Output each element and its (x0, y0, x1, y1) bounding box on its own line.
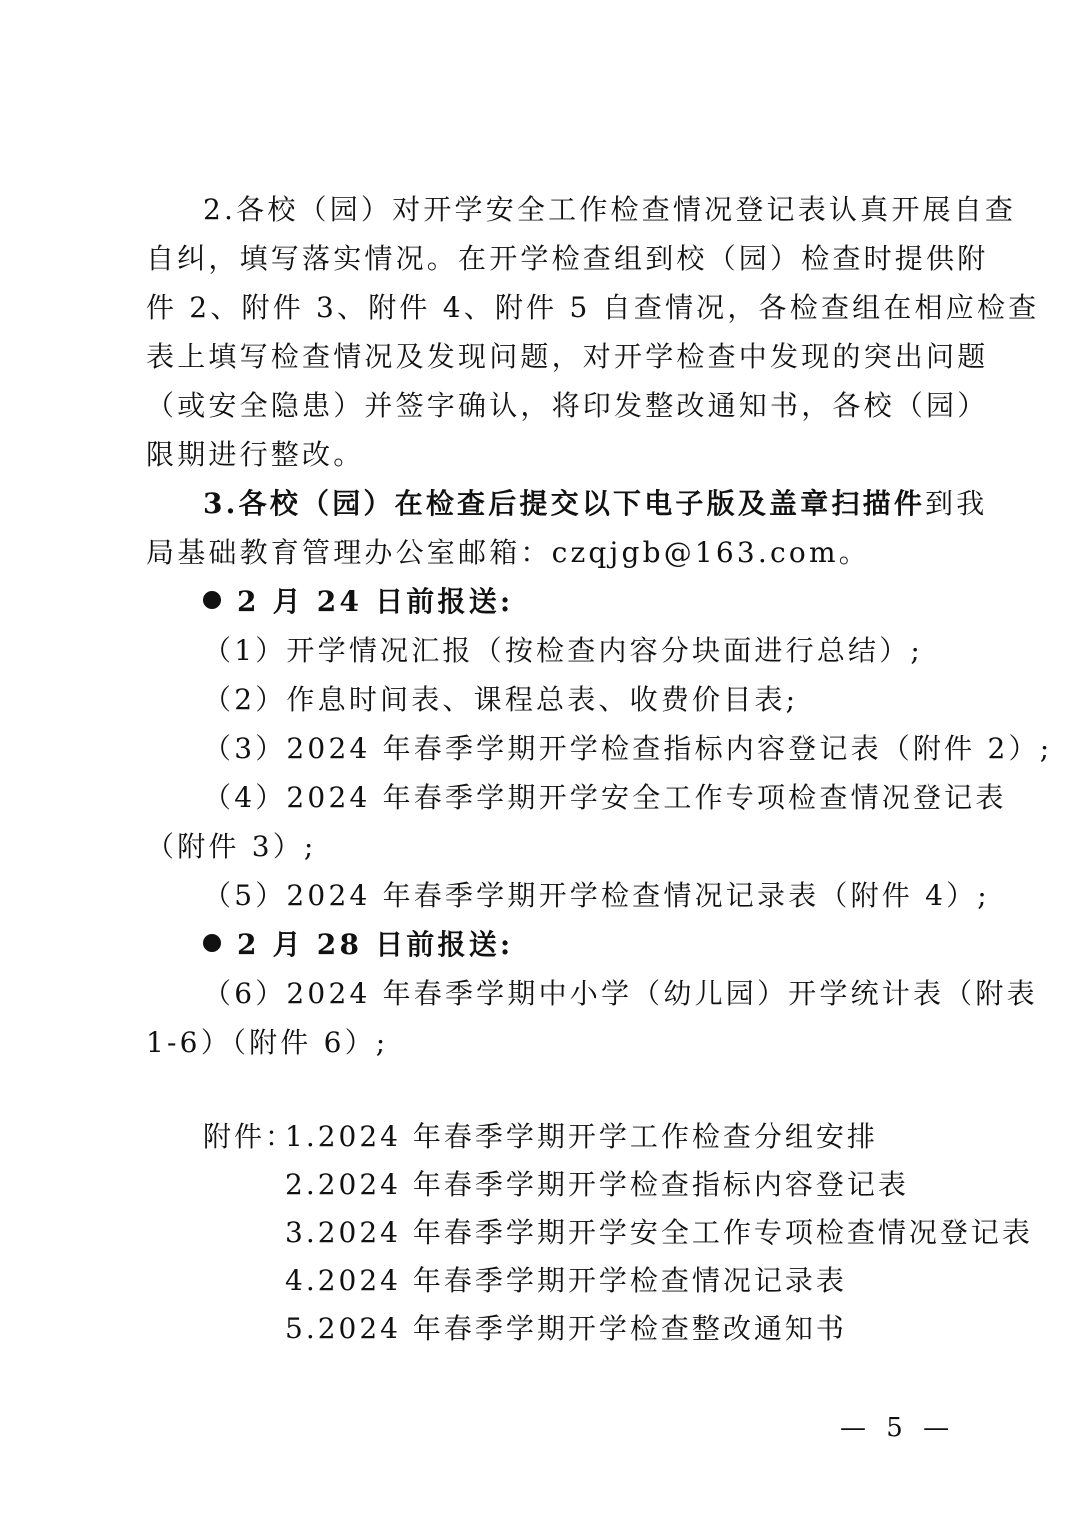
list-item-4-cont: （附件 3）; (146, 823, 936, 871)
paragraph-3-line-2: 局基础教育管理办公室邮箱：czqjgb@163.com。 (146, 529, 936, 577)
attachments-label: 附件： (203, 1113, 296, 1161)
paragraph-2-line-2: 自纠，填写落实情况。在开学检查组到校（园）检查时提供附 (146, 235, 936, 283)
paragraph-3-bold-text: 3.各校（园）在检查后提交以下电子版及盖章扫描件 (203, 487, 925, 520)
paragraph-2-line-4: 表上填写检查情况及发现问题，对开学检查中发现的突出问题 (146, 333, 936, 381)
list-item-6: （6）2024 年春季学期中小学（幼儿园）开学统计表（附表 (203, 970, 993, 1018)
paragraph-2-line-6: 限期进行整改。 (146, 431, 936, 479)
attachment-item-3: 3.2024 年春季学期开学安全工作专项检查情况登记表 (285, 1209, 1033, 1257)
bullet-icon (203, 934, 221, 952)
list-item-5: （5）2024 年春季学期开学检查情况记录表（附件 4）; (203, 872, 993, 920)
attachment-item-5: 5.2024 年春季学期开学检查整改通知书 (285, 1305, 847, 1353)
paragraph-2-line-1: 2.各校（园）对开学安全工作检查情况登记表认真开展自查 (203, 186, 993, 234)
attachment-item-2: 2.2024 年春季学期开学检查指标内容登记表 (285, 1161, 909, 1209)
paragraph-3-normal-text: 到我 (925, 487, 987, 520)
attachment-item-1: 1.2024 年春季学期开学工作检查分组安排 (285, 1113, 878, 1161)
attachment-item-4: 4.2024 年春季学期开学检查情况记录表 (285, 1257, 847, 1305)
paragraph-3-line-1: 3.各校（园）在检查后提交以下电子版及盖章扫描件到我 (203, 480, 993, 528)
deadline-2-heading: 2 月 28 日前报送: (203, 921, 993, 969)
list-item-6-cont: 1-6）（附件 6）; (146, 1019, 936, 1067)
document-page: 2.各校（园）对开学安全工作检查情况登记表认真开展自查 自纠，填写落实情况。在开… (0, 0, 1074, 1520)
paragraph-2-line-3: 件 2、附件 3、附件 4、附件 5 自查情况，各检查组在相应检查 (146, 284, 936, 332)
deadline-1-label: 2 月 24 日前报送: (237, 585, 513, 618)
page-number: — 5 — (840, 1408, 955, 1448)
paragraph-2-line-5: （或安全隐患）并签字确认，将印发整改通知书，各校（园） (146, 382, 936, 430)
list-item-4: （4）2024 年春季学期开学安全工作专项检查情况登记表 (203, 774, 993, 822)
deadline-2-label: 2 月 28 日前报送: (237, 928, 513, 961)
list-item-2: （2）作息时间表、课程总表、收费价目表; (203, 676, 993, 724)
list-item-3: （3）2024 年春季学期开学检查指标内容登记表（附件 2）; (203, 725, 993, 773)
bullet-icon (203, 591, 221, 609)
deadline-1-heading: 2 月 24 日前报送: (203, 578, 993, 626)
list-item-1: （1）开学情况汇报（按检查内容分块面进行总结）; (203, 627, 993, 675)
